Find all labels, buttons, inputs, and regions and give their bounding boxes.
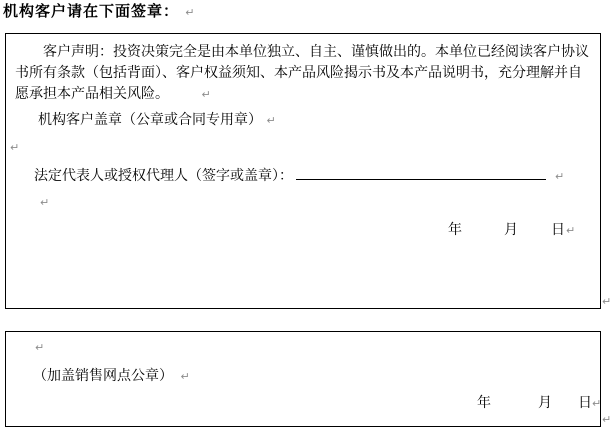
- sales-outlet-seal-box: ↵ （加盖销售网点公章） ↵ 年 月 日 ↵: [5, 331, 601, 427]
- paragraph-mark-icon: ↵: [592, 397, 601, 410]
- date-month-label: 月: [504, 222, 518, 238]
- paragraph-mark-icon: ↵: [566, 224, 575, 237]
- document-page: 机构客户请在下面签章： ↵ 客户声明：投资决策完全是由本单位独立、自主、谨慎做出…: [0, 0, 613, 440]
- signature-blank-line[interactable]: [296, 166, 546, 180]
- sales-outlet-seal-label: （加盖销售网点公章）: [33, 368, 173, 384]
- paragraph-mark-icon: ↵: [555, 168, 564, 185]
- client-declaration-text: 客户声明：投资决策完全是由本单位独立、自主、谨慎做出的。本单位已经阅读客户协议书…: [15, 44, 589, 102]
- paragraph-mark-icon: ↵: [10, 141, 19, 154]
- institution-seal-label: 机构客户盖章（公章或合同专用章）: [38, 112, 262, 128]
- institution-seal-line: 机构客户盖章（公章或合同专用章） ↵: [38, 112, 276, 129]
- paragraph-mark-icon: ↵: [180, 369, 189, 385]
- paragraph-mark-icon: ↵: [173, 84, 210, 105]
- paragraph-mark-icon: ↵: [266, 113, 275, 129]
- sales-outlet-seal-line: （加盖销售网点公章） ↵: [33, 368, 190, 385]
- date-day-label: 日: [578, 395, 592, 411]
- paragraph-mark-icon: ↵: [185, 5, 194, 21]
- legal-representative-label: 法定代表人或授权代理人（签字或盖章）：: [34, 168, 293, 184]
- client-declaration-paragraph: 客户声明：投资决策完全是由本单位独立、自主、谨慎做出的。本单位已经阅读客户协议书…: [15, 42, 593, 105]
- date-day-label: 日: [551, 222, 565, 238]
- institution-signature-box: 客户声明：投资决策完全是由本单位独立、自主、谨慎做出的。本单位已经阅读客户协议书…: [5, 33, 601, 309]
- page-title-text: 机构客户请在下面签章：: [3, 2, 179, 20]
- paragraph-mark-icon: ↵: [35, 341, 44, 354]
- date-month-label: 月: [538, 395, 552, 411]
- date-year-label: 年: [448, 222, 462, 238]
- date-year-label: 年: [477, 395, 491, 411]
- page-title: 机构客户请在下面签章： ↵: [3, 3, 194, 21]
- paragraph-mark-icon: ↵: [602, 413, 611, 426]
- paragraph-mark-icon: ↵: [602, 295, 611, 308]
- legal-representative-line: 法定代表人或授权代理人（签字或盖章）：↵: [34, 166, 564, 185]
- paragraph-mark-icon: ↵: [40, 196, 49, 209]
